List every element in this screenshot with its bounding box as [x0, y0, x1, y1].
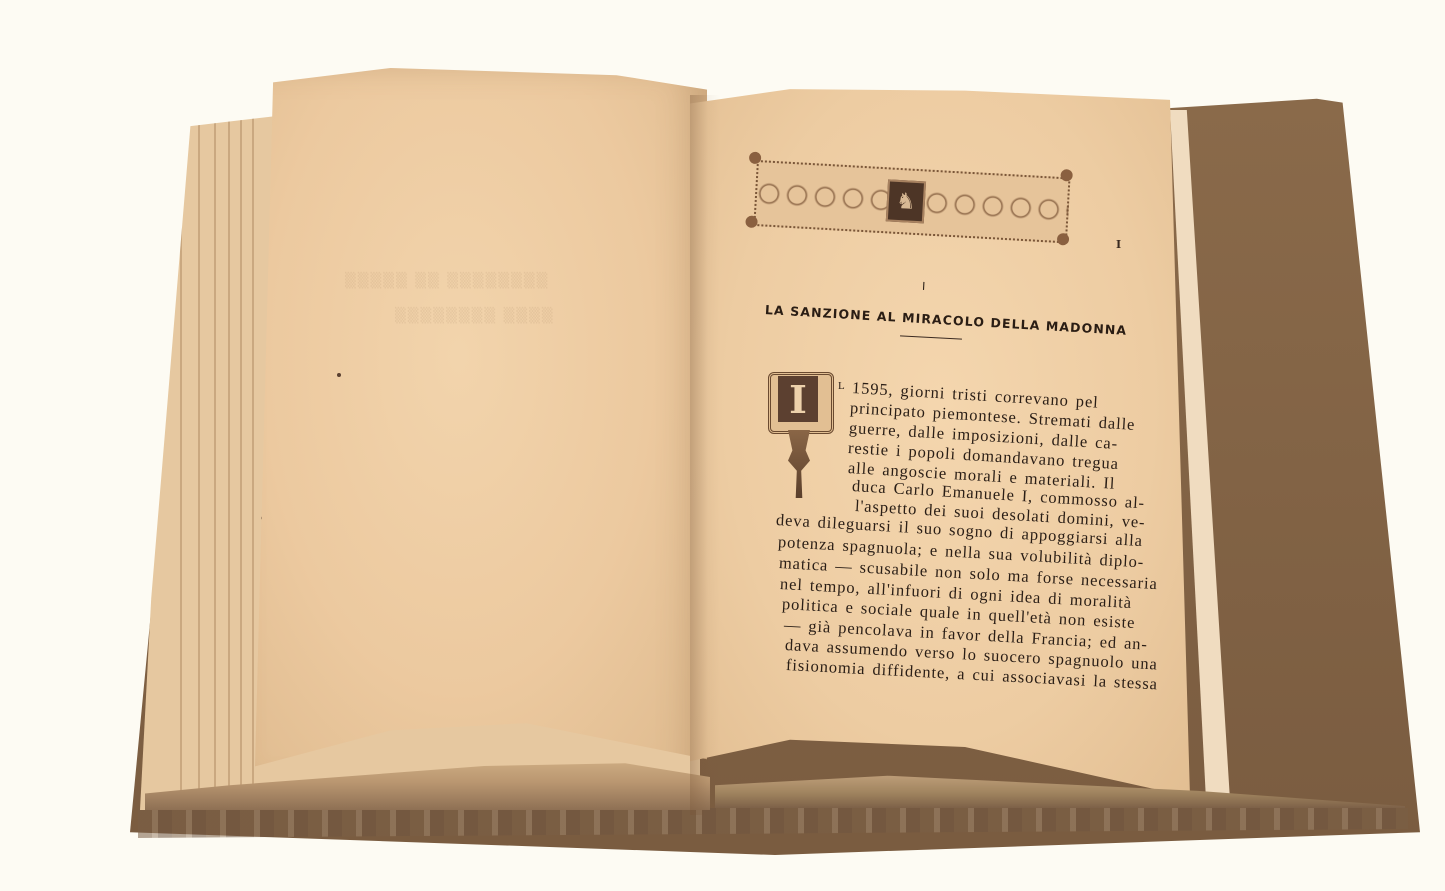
dropcap-letter: I: [778, 376, 818, 422]
chapter-number: I: [922, 280, 926, 293]
left-page: ▒▒▒▒▒ ▒▒ ▒▒▒▒▒▒▒▒ ▒▒▒▒▒▒▒▒ ▒▒▒▒: [255, 68, 707, 788]
illuminated-dropcap: I: [766, 372, 832, 500]
open-book-photo: ▒▒▒▒▒ ▒▒ ▒▒▒▒▒▒▒▒ ▒▒▒▒▒▒▒▒ ▒▒▒▒ ♞ I I LA…: [0, 0, 1445, 891]
figure-medallion-icon: ♞: [886, 179, 926, 223]
dropcap-tail-letter: L: [838, 380, 845, 392]
foxing-spot: [337, 373, 341, 377]
corner-ornament-icon: [749, 152, 762, 165]
book-gutter: [690, 95, 720, 815]
show-through-text: ▒▒▒▒▒▒▒▒ ▒▒▒▒: [395, 308, 555, 324]
dropcap-pendant-ornament-icon: [788, 430, 810, 498]
show-through-text: ▒▒▒▒▒ ▒▒ ▒▒▒▒▒▒▒▒: [345, 273, 549, 289]
page-marker: I: [1116, 238, 1121, 251]
